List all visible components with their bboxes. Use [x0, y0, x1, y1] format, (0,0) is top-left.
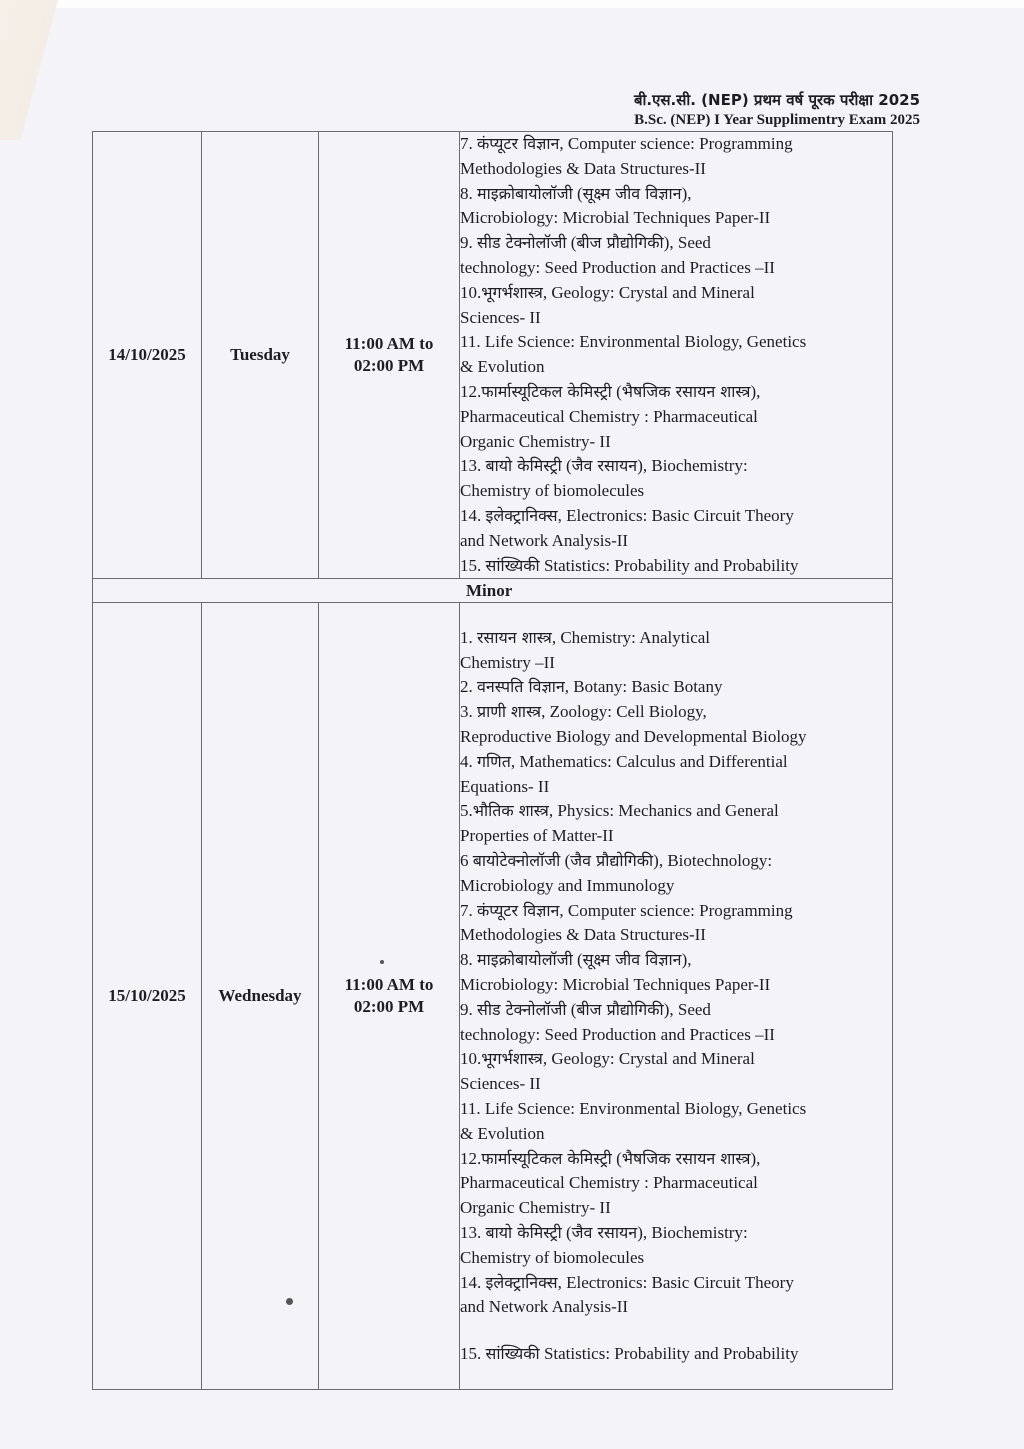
- subject-line: 6 बायोटेक्नोलॉजी (जैव प्रौद्योगिकी), Bio…: [460, 849, 892, 874]
- subject-line: 11. Life Science: Environmental Biology,…: [460, 330, 892, 355]
- subject-line: Methodologies & Data Structures-II: [460, 923, 892, 948]
- subject-line: 14. इलेक्ट्रानिक्स, Electronics: Basic C…: [460, 504, 892, 529]
- subject-line: 9. सीड टेक्नोलॉजी (बीज प्रौद्योगिकी), Se…: [460, 231, 892, 256]
- exam-day: Tuesday: [202, 132, 319, 579]
- time-start: 11:00 AM to: [319, 974, 459, 996]
- scan-speck: [380, 960, 384, 964]
- subject-line: 13. बायो केमिस्ट्री (जैव रसायन), Biochem…: [460, 1221, 892, 1246]
- exam-schedule-table: 14/10/2025 Tuesday 11:00 AM to 02:00 PM …: [92, 131, 893, 1390]
- subject-line: 7. कंप्यूटर विज्ञान, Computer science: P…: [460, 899, 892, 924]
- subject-line: 3. प्राणी शास्त्र, Zoology: Cell Biology…: [460, 700, 892, 725]
- exam-date: 14/10/2025: [93, 132, 202, 579]
- exam-date: 15/10/2025: [93, 603, 202, 1390]
- subject-line: and Network Analysis-II: [460, 529, 892, 554]
- subject-line: 8. माइक्रोबायोलॉजी (सूक्ष्म जीव विज्ञान)…: [460, 948, 892, 973]
- section-row-minor: Minor: [93, 579, 893, 603]
- subject-line: & Evolution: [460, 1122, 892, 1147]
- table-row: 14/10/2025 Tuesday 11:00 AM to 02:00 PM …: [93, 132, 893, 579]
- subject-line: 2. वनस्पति विज्ञान, Botany: Basic Botany: [460, 675, 892, 700]
- time-start: 11:00 AM to: [319, 333, 459, 355]
- scan-speck: [286, 1298, 293, 1305]
- subject-line: Organic Chemistry- II: [460, 1196, 892, 1221]
- subject-line: 12.फार्मास्यूटिकल केमिस्ट्री (भैषजिक रसा…: [460, 380, 892, 405]
- subject-line: 14. इलेक्ट्रानिक्स, Electronics: Basic C…: [460, 1271, 892, 1296]
- subject-line: 9. सीड टेक्नोलॉजी (बीज प्रौद्योगिकी), Se…: [460, 998, 892, 1023]
- section-label: Minor: [466, 581, 512, 600]
- subject-line: 10.भूगर्भशास्त्र, Geology: Crystal and M…: [460, 1047, 892, 1072]
- subject-line: 11. Life Science: Environmental Biology,…: [460, 1097, 892, 1122]
- header-title-hindi: बी.एस.सी. (NEP) प्रथम वर्ष पूरक परीक्षा …: [634, 90, 920, 110]
- time-end: 02:00 PM: [319, 355, 459, 377]
- subject-line: 5.भौतिक शास्त्र, Physics: Mechanics and …: [460, 799, 892, 824]
- subject-line: Reproductive Biology and Developmental B…: [460, 725, 892, 750]
- scan-edge: [0, 0, 1024, 8]
- exam-time: 11:00 AM to 02:00 PM: [319, 603, 460, 1390]
- subject-line: Sciences- II: [460, 1072, 892, 1097]
- time-end: 02:00 PM: [319, 996, 459, 1018]
- table-row: 15/10/2025 Wednesday 11:00 AM to 02:00 P…: [93, 603, 893, 1390]
- subject-line: technology: Seed Production and Practice…: [460, 1023, 892, 1048]
- subject-line: Methodologies & Data Structures-II: [460, 157, 892, 182]
- subject-line: 8. माइक्रोबायोलॉजी (सूक्ष्म जीव विज्ञान)…: [460, 182, 892, 207]
- subject-line: 13. बायो केमिस्ट्री (जैव रसायन), Biochem…: [460, 454, 892, 479]
- subject-line: Organic Chemistry- II: [460, 430, 892, 455]
- subject-line: Pharmaceutical Chemistry : Pharmaceutica…: [460, 1171, 892, 1196]
- subject-line: Chemistry of biomolecules: [460, 1246, 892, 1271]
- subject-line: Pharmaceutical Chemistry : Pharmaceutica…: [460, 405, 892, 430]
- subject-line: 7. कंप्यूटर विज्ञान, Computer science: P…: [460, 132, 892, 157]
- exam-time: 11:00 AM to 02:00 PM: [319, 132, 460, 579]
- subject-line: Microbiology: Microbial Techniques Paper…: [460, 973, 892, 998]
- subject-line: Microbiology and Immunology: [460, 874, 892, 899]
- subject-line: Equations- II: [460, 775, 892, 800]
- subject-line: Microbiology: Microbial Techniques Paper…: [460, 206, 892, 231]
- subject-line: Chemistry –II: [460, 651, 892, 676]
- subject-line: Chemistry of biomolecules: [460, 479, 892, 504]
- subject-line: 1. रसायन शास्त्र, Chemistry: Analytical: [460, 626, 892, 651]
- subject-line: & Evolution: [460, 355, 892, 380]
- document-header: बी.एस.सी. (NEP) प्रथम वर्ष पूरक परीक्षा …: [634, 90, 920, 130]
- subject-line: [460, 1320, 892, 1342]
- exam-day: Wednesday: [202, 603, 319, 1390]
- subject-list: 7. कंप्यूटर विज्ञान, Computer science: P…: [460, 132, 893, 579]
- subject-line: 10.भूगर्भशास्त्र, Geology: Crystal and M…: [460, 281, 892, 306]
- subject-line: Sciences- II: [460, 306, 892, 331]
- page-fold-shadow: [0, 0, 90, 140]
- subject-line: 15. सांख्यिकी Statistics: Probability an…: [460, 1342, 892, 1367]
- subject-line: 12.फार्मास्यूटिकल केमिस्ट्री (भैषजिक रसा…: [460, 1147, 892, 1172]
- subject-line: Properties of Matter-II: [460, 824, 892, 849]
- subject-line: technology: Seed Production and Practice…: [460, 256, 892, 281]
- subject-line: 15. सांख्यिकी Statistics: Probability an…: [460, 554, 892, 579]
- subject-line: and Network Analysis-II: [460, 1295, 892, 1320]
- subject-line: 4. गणित, Mathematics: Calculus and Diffe…: [460, 750, 892, 775]
- header-title-english: B.Sc. (NEP) I Year Supplimentry Exam 202…: [634, 110, 920, 130]
- subject-list: 1. रसायन शास्त्र, Chemistry: AnalyticalC…: [460, 603, 893, 1390]
